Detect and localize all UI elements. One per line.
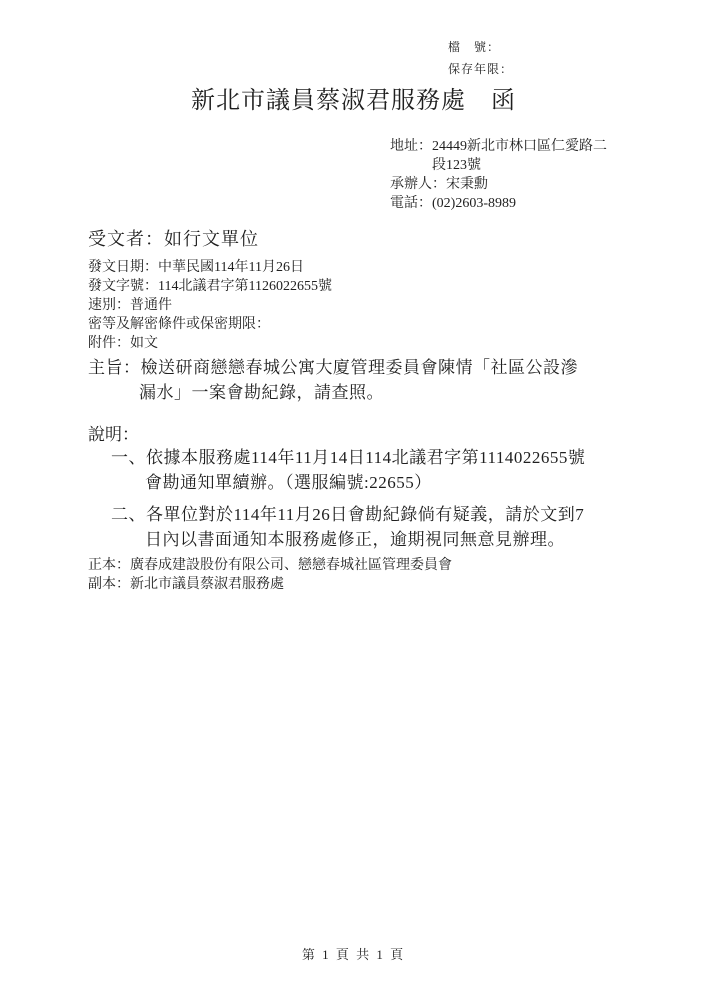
sender-contact-person: 承辦人：宋秉勳	[390, 175, 630, 194]
official-letter-page: 檔 號： 保存年限： 新北市議員蔡淑君服務處 函 地址：24449新北市林口區仁…	[0, 0, 707, 1000]
retention-period-label: 保存年限：	[448, 58, 513, 80]
speed-class-line: 速別：普通件	[88, 296, 332, 315]
document-title: 新北市議員蔡淑君服務處 函	[0, 80, 707, 115]
file-number-label: 檔 號：	[448, 36, 513, 58]
carbon-copy-line: 副本：新北市議員蔡淑君服務處	[88, 575, 452, 594]
attachment-line: 附件：如文	[88, 334, 332, 353]
issue-date-line: 發文日期：中華民國114年11月26日	[88, 258, 332, 277]
security-class-line: 密等及解密條件或保密期限：	[88, 315, 332, 334]
original-copy-line: 正本：廣春成建設股份有限公司、戀戀春城社區管理委員會	[88, 556, 452, 575]
sender-phone: 電話：(02)2603-8989	[390, 194, 630, 213]
distribution-block: 正本：廣春成建設股份有限公司、戀戀春城社區管理委員會 副本：新北市議員蔡淑君服務…	[88, 556, 452, 594]
issue-number-line: 發文字號：114北議君字第1126022655號	[88, 277, 332, 296]
page-number-footer: 第 1 頁 共 1 頁	[0, 944, 707, 963]
document-meta-block: 發文日期：中華民國114年11月26日 發文字號：114北議君字第1126022…	[88, 258, 332, 353]
file-number-block: 檔 號： 保存年限：	[448, 36, 513, 80]
sender-address: 地址：24449新北市林口區仁愛路二 段123號	[390, 137, 630, 175]
recipient-line: 受文者：如行文單位	[88, 225, 259, 251]
description-item-1: 一、依據本服務處114年11月14日114北議君字第1114022655號 會勘…	[111, 445, 646, 495]
description-items: 一、依據本服務處114年11月14日114北議君字第1114022655號 會勘…	[111, 445, 646, 559]
sender-info-block: 地址：24449新北市林口區仁愛路二 段123號 承辦人：宋秉勳 電話：(02)…	[390, 137, 630, 213]
description-label: 說明：	[88, 420, 139, 445]
description-item-2: 二、各單位對於114年11月26日會勘紀錄倘有疑義，請於文到7 日內以書面通知本…	[111, 502, 646, 552]
subject-line: 主旨：檢送研商戀戀春城公寓大廈管理委員會陳情「社區公設滲 漏水」一案會勘紀錄，請…	[88, 355, 691, 405]
